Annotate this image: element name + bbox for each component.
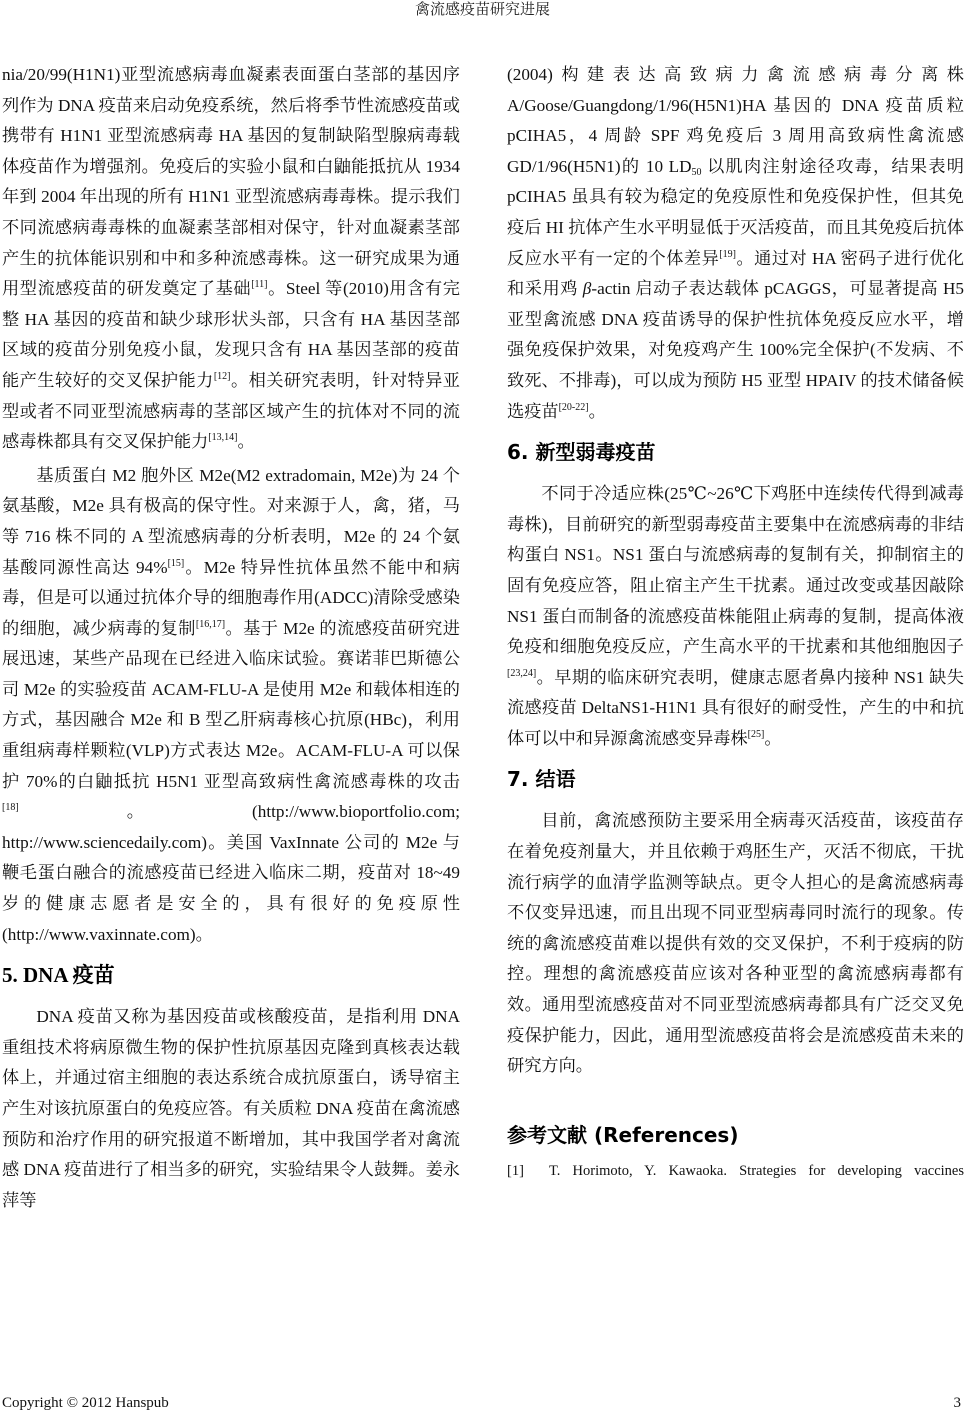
citation[interactable]: [18] <box>2 802 19 813</box>
paragraph-m2e: 基质蛋白 M2 胞外区 M2e(M2 extradomain, M2e)为 24… <box>2 461 460 951</box>
citation[interactable]: [13,14] <box>208 432 237 443</box>
citation[interactable]: [19] <box>719 249 736 260</box>
reference-number: [1] <box>507 1160 549 1182</box>
citation[interactable]: [15] <box>168 558 185 569</box>
reference-item: [1] T. Horimoto, Y. Kawaoka. Strategies … <box>507 1160 964 1182</box>
reference-text: T. Horimoto, Y. Kawaoka. Strategies for … <box>549 1160 964 1182</box>
citation[interactable]: [11] <box>251 279 267 290</box>
citation[interactable]: [20-22] <box>559 402 589 413</box>
paragraph-conclusion: 目前，禽流感预防主要采用全病毒灭活疫苗，该疫苗存在着免疫剂量大，并且依赖于鸡胚生… <box>507 806 964 1081</box>
citation[interactable]: [16,17] <box>196 619 225 630</box>
section-heading-dna-vaccine: 5. DNA 疫苗 <box>2 962 460 988</box>
left-column: nia/20/99(H1N1)亚型流感病毒血凝素表面蛋白茎部的基因序列作为 DN… <box>2 60 460 1216</box>
page-number: 3 <box>954 1394 962 1412</box>
section-heading-conclusion: 7. 结语 <box>507 766 964 792</box>
right-column: (2004)构建表达高致病力禽流感病毒分离株 A/Goose/Guangdong… <box>507 60 964 1182</box>
running-title: 禽流感疫苗研究进展 <box>0 0 965 20</box>
paragraph-dna-vaccine: DNA 疫苗又称为基因疫苗或核酸疫苗，是指利用 DNA 重组技术将病原微生物的保… <box>2 1002 460 1216</box>
footer-copyright: Copyright © 2012 Hanspub <box>2 1394 169 1412</box>
citation[interactable]: [25] <box>748 729 765 740</box>
citation[interactable]: [12] <box>214 371 231 382</box>
section-heading-attenuated-vaccine: 6. 新型弱毒疫苗 <box>507 439 964 465</box>
paragraph-stem-vaccine: nia/20/99(H1N1)亚型流感病毒血凝素表面蛋白茎部的基因序列作为 DN… <box>2 60 460 458</box>
paragraph-dna-vaccine-continued: (2004)构建表达高致病力禽流感病毒分离株 A/Goose/Guangdong… <box>507 60 964 427</box>
references-heading: 参考文献 (References) <box>507 1122 964 1148</box>
paragraph-attenuated-vaccine: 不同于冷适应株(25℃~26℃下鸡胚中连续传代得到减毒毒株)，目前研究的新型弱毒… <box>507 479 964 754</box>
citation[interactable]: [23,24] <box>507 668 536 679</box>
